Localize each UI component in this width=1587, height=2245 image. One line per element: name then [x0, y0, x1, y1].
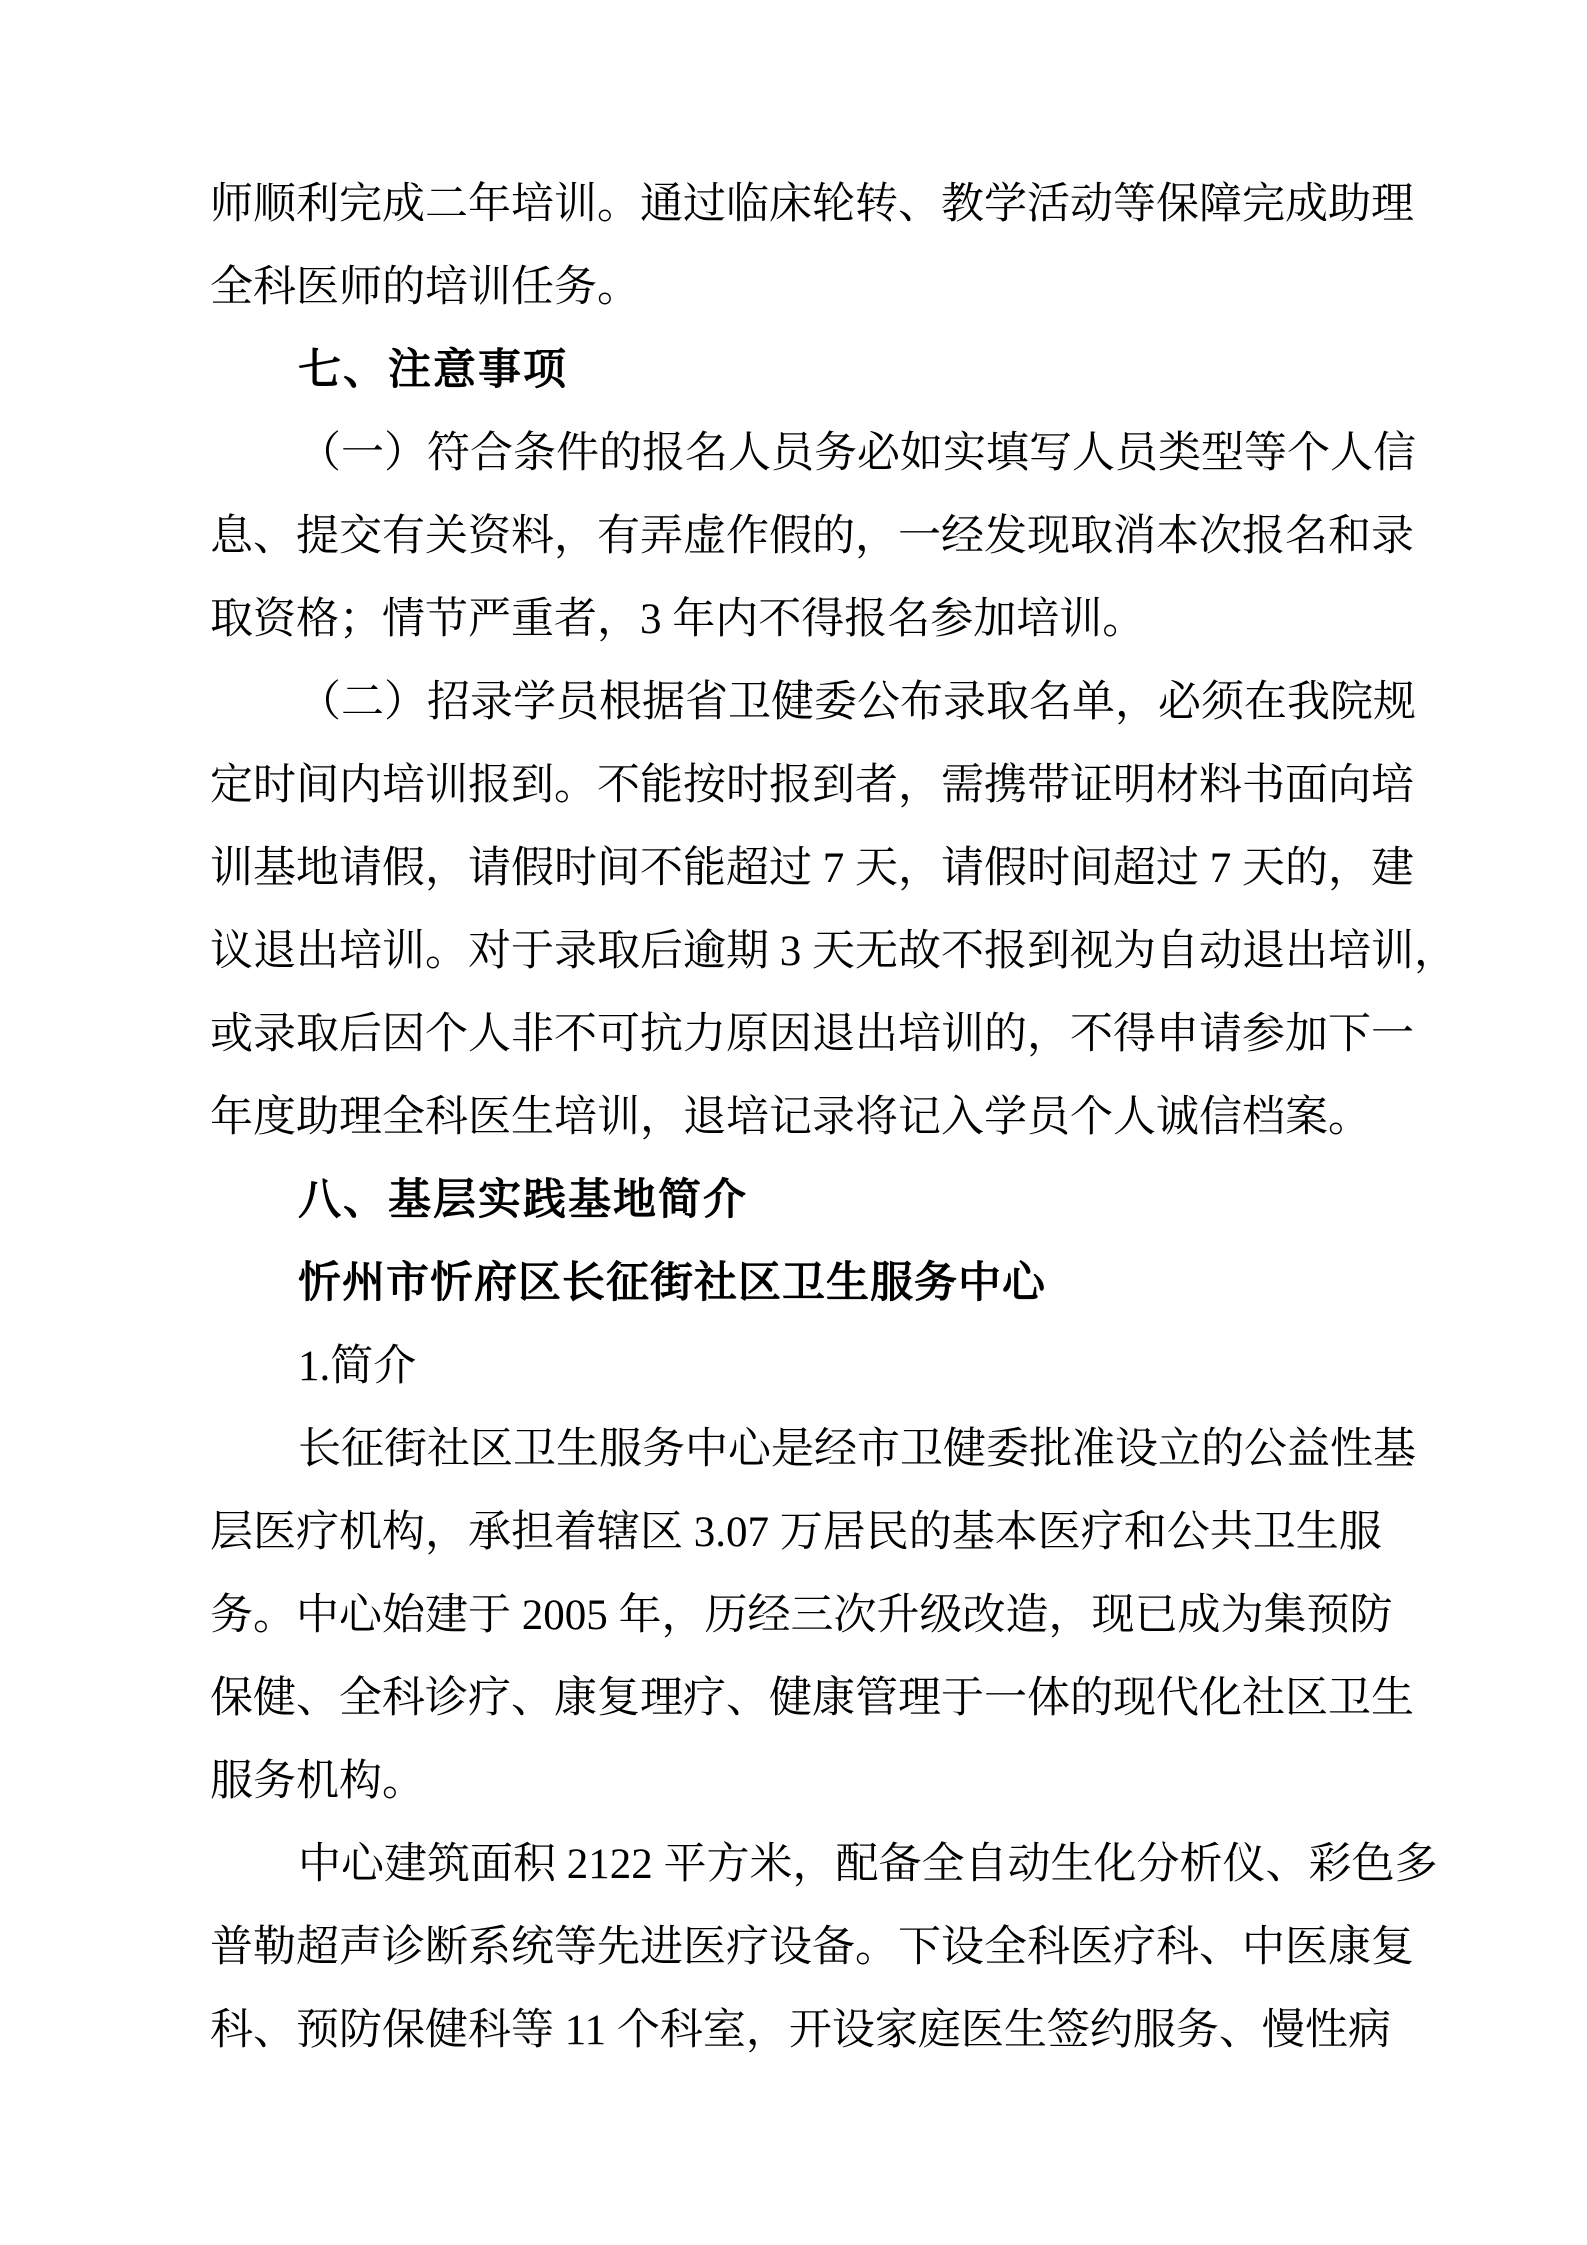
body-line: 训基地请假，请假时间不能超过 7 天，请假时间超过 7 天的，建	[210, 827, 1457, 910]
body-line: 取资格；情节严重者，3 年内不得报名参加培训。	[210, 578, 1457, 661]
document-page: 师顺利完成二年培训。通过临床轮转、教学活动等保障完成助理 全科医师的培训任务。 …	[0, 0, 1587, 2245]
body-line: 科、预防保健科等 11 个科室，开设家庭医生签约服务、慢性病	[210, 1989, 1457, 2072]
body-line: 普勒超声诊断系统等先进医疗设备。下设全科医疗科、中医康复	[210, 1906, 1457, 1989]
practice-base-name: 忻州市忻府区长征街社区卫生服务中心	[210, 1242, 1457, 1325]
body-line: 服务机构。	[210, 1740, 1457, 1823]
intro-label: 1.简介	[210, 1325, 1457, 1408]
body-line: 全科医师的培训任务。	[210, 246, 1457, 329]
body-line: 定时间内培训报到。不能按时报到者，需携带证明材料书面向培	[210, 744, 1457, 827]
body-line: （一）符合条件的报名人员务必如实填写人员类型等个人信	[210, 412, 1457, 495]
body-line: 层医疗机构，承担着辖区 3.07 万居民的基本医疗和公共卫生服	[210, 1491, 1457, 1574]
section-7-heading: 七、注意事项	[210, 329, 1457, 412]
body-line: 保健、全科诊疗、康复理疗、健康管理于一体的现代化社区卫生	[210, 1657, 1457, 1740]
body-line: 长征街社区卫生服务中心是经市卫健委批准设立的公益性基	[210, 1408, 1457, 1491]
body-line: 务。中心始建于 2005 年，历经三次升级改造，现已成为集预防	[210, 1574, 1457, 1657]
body-line: 师顺利完成二年培训。通过临床轮转、教学活动等保障完成助理	[210, 163, 1457, 246]
body-line: （二）招录学员根据省卫健委公布录取名单，必须在我院规	[210, 661, 1457, 744]
body-line: 年度助理全科医生培训，退培记录将记入学员个人诚信档案。	[210, 1076, 1457, 1159]
body-line: 议退出培训。对于录取后逾期 3 天无故不报到视为自动退出培训，	[210, 910, 1457, 993]
body-line: 或录取后因个人非不可抗力原因退出培训的，不得申请参加下一	[210, 993, 1457, 1076]
body-line: 中心建筑面积 2122 平方米，配备全自动生化分析仪、彩色多	[210, 1823, 1457, 1906]
body-line: 息、提交有关资料，有弄虚作假的，一经发现取消本次报名和录	[210, 495, 1457, 578]
section-8-heading: 八、基层实践基地简介	[210, 1159, 1457, 1242]
